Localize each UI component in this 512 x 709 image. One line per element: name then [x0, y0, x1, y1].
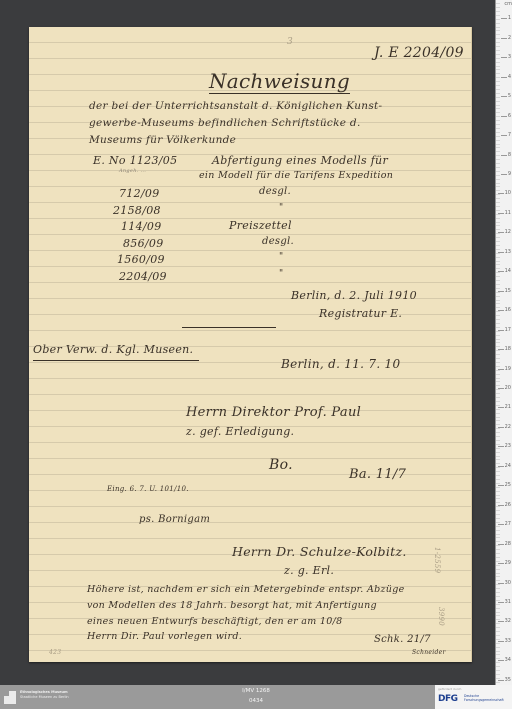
- ruler-tick: 22: [505, 424, 511, 430]
- entry-number: 856/09: [123, 237, 164, 250]
- funder-logo: gefördert durch DFG Deutsche Forschungsg…: [435, 685, 512, 709]
- ruler-tick: 3: [508, 54, 511, 60]
- margin-number: 3990: [437, 607, 445, 626]
- entry-number: 2158/08: [113, 204, 161, 217]
- ruler-tick: 7: [508, 132, 511, 138]
- ruler-tick: 27: [505, 521, 511, 527]
- initials-left: Bo.: [269, 457, 293, 473]
- ruler-tick: 28: [505, 541, 511, 547]
- ruler-tick: 14: [505, 268, 511, 274]
- ruler-tick: 20: [505, 385, 511, 391]
- ruler-tick: 23: [505, 443, 511, 449]
- ruler-tick: 25: [505, 482, 511, 488]
- viewer-footer: Ethnologisches Museum Staatliche Museen …: [0, 685, 512, 709]
- stamp-mark: Schneider: [412, 649, 446, 656]
- ruler-tick: 9: [508, 171, 511, 177]
- ruler-tick: 31: [505, 599, 511, 605]
- ruler-tick: 26: [505, 502, 511, 508]
- entry-description: Abfertigung eines Modells für: [212, 154, 388, 167]
- ruler-tick: 24: [505, 463, 511, 469]
- entry-number: 114/09: [121, 220, 162, 233]
- entry-number: E. No 1123/05: [93, 154, 177, 167]
- ruler-tick: 12: [505, 229, 511, 235]
- entry-description-cont: ein Modell für die Tarifens Expedition: [199, 170, 393, 181]
- page-number: 3: [287, 37, 293, 47]
- entry-description: Preiszettel: [229, 219, 292, 232]
- document-title: Nachweisung: [209, 69, 350, 94]
- signature: Schk. 21/7: [374, 634, 431, 645]
- receipt-note: ps. Bornigam: [139, 514, 210, 525]
- funder-name: Deutsche Forschungsgemeinschaft: [464, 694, 504, 702]
- ruler-tick: 19: [505, 366, 511, 372]
- ruler-tick: 34: [505, 657, 511, 663]
- margin-number: 1-2559: [433, 547, 441, 573]
- ruler-tick: 5: [508, 93, 511, 99]
- initials-right: Ba. 11/7: [349, 467, 406, 482]
- closing-office: Registratur E.: [319, 307, 402, 320]
- funder-prefix: gefördert durch: [438, 687, 461, 691]
- entry-number: 1560/09: [117, 253, 165, 266]
- pencil-number: 423: [49, 649, 61, 656]
- ruler-tick: 18: [505, 346, 511, 352]
- ruler-tick: 4: [508, 74, 511, 80]
- separator-line: [182, 327, 276, 328]
- ruler-tick: 13: [505, 249, 511, 255]
- entry-description: ": [279, 269, 283, 279]
- ruler-tick: 17: [505, 327, 511, 333]
- body-line-2: von Modellen des 18 Jahrh. besorgt hat, …: [87, 600, 377, 611]
- section-heading: Ober Verw. d. Kgl. Museen.: [33, 343, 193, 356]
- addressee-line-2: z. gef. Erledigung.: [186, 425, 294, 438]
- ruler-tick: 35: [505, 677, 511, 683]
- pencil-note: Angeh. ...: [119, 168, 146, 174]
- entry-description: desgl.: [262, 236, 294, 247]
- entry-number: 2204/09: [119, 270, 167, 283]
- section-date: Berlin, d. 11. 7. 10: [281, 357, 400, 371]
- funder-name-line-2: Forschungsgemeinschaft: [464, 698, 504, 702]
- reference-number: J. E 2204/09: [374, 45, 464, 61]
- forward-note: z. g. Erl.: [284, 564, 334, 577]
- body-line-3: eines neuen Entwurfs beschäftigt, den er…: [87, 616, 342, 627]
- entry-description: ": [279, 203, 283, 213]
- ruler-tick: 32: [505, 618, 511, 624]
- ruler-tick: 21: [505, 404, 511, 410]
- entry-number: 712/09: [119, 187, 160, 200]
- entry-description: desgl.: [259, 186, 291, 197]
- forward-to: Herrn Dr. Schulze-Kolbitz.: [232, 544, 407, 559]
- closing-place-date: Berlin, d. 2. Juli 1910: [291, 289, 417, 302]
- ruler-tick: 2: [508, 35, 511, 41]
- heading-line-3: Museums für Völkerkunde: [89, 134, 236, 146]
- ruler-tick: 1: [508, 15, 511, 21]
- pencil-reference: Eing. 6. 7. U. 101/10.: [107, 485, 189, 493]
- ruler-tick: 29: [505, 560, 511, 566]
- ruler-unit: cm: [504, 1, 512, 7]
- ruler-tick: 10: [505, 190, 511, 196]
- ruler-tick: 8: [508, 152, 511, 158]
- ruler-tick: 15: [505, 288, 511, 294]
- ruler-tick: 11: [505, 210, 511, 216]
- heading-line-2: gewerbe-Museums befindlichen Schriftstüc…: [89, 117, 361, 129]
- ruler-tick: 30: [505, 580, 511, 586]
- dfg-logo-icon: DFG: [438, 694, 458, 704]
- section-heading-underline: [33, 360, 199, 361]
- entry-description: ": [279, 252, 283, 262]
- ruler-tick: 16: [505, 307, 511, 313]
- document-page: 3 J. E 2204/09 Nachweisung der bei der U…: [29, 27, 472, 662]
- body-line-4: Herrn Dir. Paul vorlegen wird.: [87, 631, 242, 642]
- addressee-line-1: Herrn Direktor Prof. Paul: [186, 405, 361, 420]
- body-line-1: Höhere ist, nachdem er sich ein Metergeb…: [87, 584, 405, 595]
- heading-line-1: der bei der Unterrichtsanstalt d. Königl…: [89, 100, 382, 112]
- ruler-tick: 33: [505, 638, 511, 644]
- ruler-tick: 6: [508, 113, 511, 119]
- measurement-ruler: cm 1 2 3 4 5 6 7 8 9 10 11 12 13 14 15 1…: [495, 0, 512, 685]
